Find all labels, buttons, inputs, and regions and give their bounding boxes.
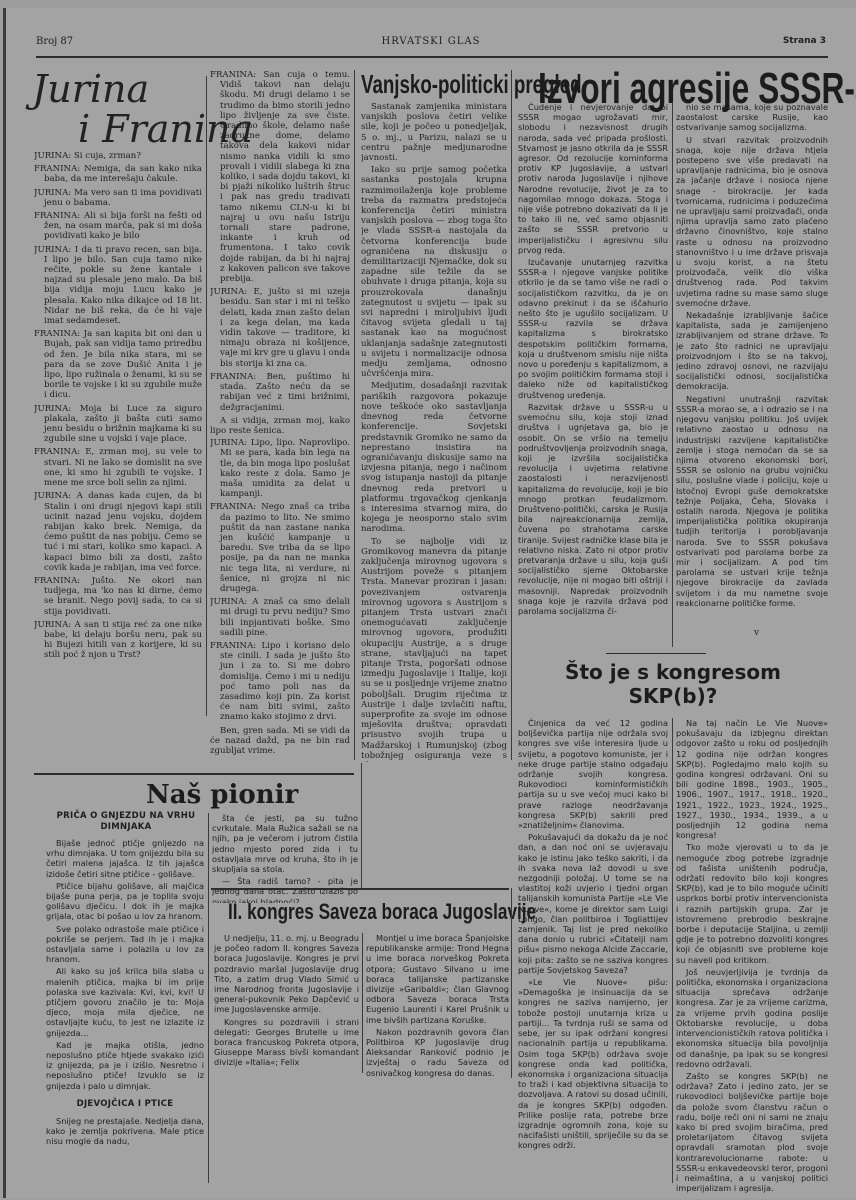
kongres-column-2: Montjel u ime boraca Španjolske republik… bbox=[366, 933, 509, 1133]
speaker-name: JURINA: bbox=[210, 597, 252, 607]
paragraph: Negativni unutrašnji razvitak SSSR-a mor… bbox=[676, 394, 828, 608]
author-sign: v bbox=[754, 628, 759, 638]
dialogue-line: JURINA: Si cuja, zrman? bbox=[34, 151, 202, 161]
dialogue-line: FRANINA: Ali si bija forši na fešti od ž… bbox=[34, 211, 202, 242]
speaker-name: JURINA: bbox=[34, 245, 75, 255]
paragraph: Snijeg ne prestajaše. Nedjelja dana, kak… bbox=[46, 1116, 204, 1147]
dialogue-line: JURINA: A danas kada cujen, da bi Stalin… bbox=[34, 491, 202, 573]
paragraph: nio se masama, koje su poznavale zaostal… bbox=[676, 102, 828, 133]
paragraph: šta će jesti, pa su tužno cvrkutale. Mal… bbox=[212, 813, 358, 874]
column-divider bbox=[361, 763, 362, 888]
newspaper-name: HRVATSKI GLAS bbox=[36, 36, 826, 47]
speaker-name: JURINA: bbox=[210, 287, 254, 297]
dialogue-text: I da ti pravo recen, san bija. I lipo je… bbox=[44, 245, 202, 326]
jurina-title-line1: Jurina bbox=[32, 68, 149, 110]
paragraph: Sve polako odrastoše male ptičice i pokr… bbox=[46, 924, 204, 965]
speaker-name: FRANINA: bbox=[34, 211, 84, 221]
dialogue-line: FRANINA: E, zrman moj, su vele to stvari… bbox=[34, 447, 202, 488]
paragraph: Nekadašnje izrabljivanje šačice kapitali… bbox=[676, 310, 828, 392]
paragraph: Izučavanje unutarnjeg razvitka SSSR-a i … bbox=[518, 257, 668, 400]
dialogue-text: Ja san kapita bit oni dan u Bujah, pak s… bbox=[44, 329, 202, 400]
jurina-dialogue-column-1: JURINA: Si cuja, zrman?FRANINA: Nemiga, … bbox=[34, 151, 202, 771]
column-divider bbox=[672, 718, 673, 1183]
kongres-column-1: U nedjelju, 11. o. mj. u Beogradu je poč… bbox=[214, 933, 359, 1133]
column-divider bbox=[511, 70, 512, 760]
page-number: Strana 3 bbox=[783, 36, 826, 46]
speaker-name: JURINA: bbox=[34, 151, 74, 161]
dialogue-line: JURINA: A san ti stija reć za one nike b… bbox=[34, 620, 202, 661]
pionir-title: Naš pionir bbox=[146, 780, 298, 810]
dialogue-line: JURINA: Ma vero san ti ima povidivati je… bbox=[34, 188, 202, 208]
speaker-name: FRANINA: bbox=[210, 502, 261, 512]
paragraph: »Le Vie Nuove« pišu: »Demagoška je insin… bbox=[518, 977, 668, 1150]
pionir-column-1: Bijaše jednoć ptičje gnijezdo na vrhu di… bbox=[46, 838, 204, 1158]
jurina-dialogue-column-2: FRANINA: San cuja o temu. Vidiš takovi n… bbox=[210, 70, 350, 770]
dialogue-line: JURINA: E, jušto si mi uzeja besidu. San… bbox=[210, 287, 350, 369]
izvori-column-2: nio se masama, koje su poznavale zaostal… bbox=[676, 102, 828, 647]
speaker-name: JURINA: bbox=[34, 404, 80, 414]
dialogue-text: Ben, gren sada. Mi se vidi da će nazad d… bbox=[210, 726, 350, 756]
speaker-name: JURINA: bbox=[34, 188, 74, 198]
dialogue-line: JURINA: I da ti pravo recen, san bija. I… bbox=[34, 245, 202, 327]
column-divider bbox=[511, 888, 512, 1078]
column-divider bbox=[206, 76, 207, 716]
story2-title: DJEVOJČICA I PTICE bbox=[46, 1099, 204, 1110]
column-divider bbox=[208, 813, 209, 1183]
story1-title: PRIČA O GNJEZDU NA VRHU DIMNJAKA bbox=[46, 811, 206, 833]
speaker-name: FRANINA: bbox=[210, 641, 261, 651]
speaker-name: JURINA: bbox=[34, 491, 77, 501]
dialogue-text: A danas kada cujen, da bi Stalin i oni d… bbox=[44, 491, 202, 572]
skp-title-line1: Što je s kongresom bbox=[518, 660, 828, 684]
dialogue-text: San cuja o temu. Vidiš takovi nan delaju… bbox=[220, 70, 350, 284]
paragraph: Ali kako su još krilca bila slaba u male… bbox=[46, 966, 204, 1037]
paragraph: Medjutim, dosadašnji razvitak pariških r… bbox=[361, 381, 507, 534]
dialogue-text: E, jušto si mi uzeja besidu. San star i … bbox=[220, 287, 350, 368]
dialogue-line: A si vidija, zrman moj, kako lipo reste … bbox=[210, 416, 350, 436]
speaker-name: FRANINA: bbox=[210, 70, 263, 80]
speaker-name: FRANINA: bbox=[34, 329, 84, 339]
paragraph: Tko može vjerovati u to da je nemoguće z… bbox=[676, 842, 828, 964]
paragraph: Razvitak države u SSSR-u u svemoćnu silu… bbox=[518, 402, 668, 616]
dialogue-line: FRANINA: Ja san kapita bit oni dan u Buj… bbox=[34, 329, 202, 400]
dialogue-line: Ben, gren sada. Mi se vidi da će nazad d… bbox=[210, 726, 350, 757]
dialogue-line: JURINA: Lipo, lipo. Naprovlipo. Mi se pa… bbox=[210, 438, 350, 499]
dialogue-line: FRANINA: Ben, puštimo hi stada. Zašto ne… bbox=[210, 372, 350, 413]
paragraph: Čudenje i nevjerovanje da bi SSSR mogao … bbox=[518, 102, 668, 255]
paragraph: Bijaše jednoć ptičje gnijezdo na vrhu di… bbox=[46, 838, 204, 879]
newspaper-page: Broj 87 HRVATSKI GLAS Strana 3 Jurina i … bbox=[3, 8, 856, 1198]
column-divider bbox=[672, 102, 673, 647]
speaker-name: FRANINA: bbox=[34, 576, 92, 586]
dialogue-line: JURINA: Moja bi Luce za siguro plakala, … bbox=[34, 404, 202, 445]
dialogue-line: FRANINA: San cuja o temu. Vidiš takovi n… bbox=[210, 70, 350, 284]
skp-column-1: Činjenica da već 12 godina boljševička p… bbox=[518, 718, 668, 1196]
dialogue-line: FRANINA: Nemiga, da san kako nika baba, … bbox=[34, 164, 202, 184]
section-rule bbox=[606, 653, 706, 654]
dialogue-line: FRANINA: Nego znaš ca triba da pazimo to… bbox=[210, 502, 350, 594]
paragraph: U nedjelju, 11. o. mj. u Beogradu je poč… bbox=[214, 933, 359, 1015]
paragraph: To se najbolje vidi iz Gromikovog manevr… bbox=[361, 537, 507, 762]
dialogue-text: Lipo i korisno delo ste cinili. I sada j… bbox=[220, 641, 350, 722]
kongres-title: II. kongres Saveza boraca Jugoslavije bbox=[228, 900, 536, 924]
paragraph: Ptičice bijahu golišave, ali majčica bij… bbox=[46, 881, 204, 922]
dialogue-text: Nego znaš ca triba da pazimo to lito. Ne… bbox=[220, 502, 350, 594]
paragraph: Kongres su pozdravili i strani delegati:… bbox=[214, 1017, 359, 1068]
paragraph: Iako su prije samog početka sastanka pos… bbox=[361, 165, 507, 379]
dialogue-line: FRANINA: Lipo i korisno delo ste cinili.… bbox=[210, 641, 350, 723]
paragraph: Kad je majka otišla, jedno neposlušno pt… bbox=[46, 1040, 204, 1091]
paragraph: Na taj način Le Vie Nuove» pokušavaju da… bbox=[676, 718, 828, 840]
paragraph: Činjenica da već 12 godina boljševička p… bbox=[518, 718, 668, 830]
speaker-name: JURINA: bbox=[210, 438, 251, 448]
skp-column-2: Na taj način Le Vie Nuove» pokušavaju da… bbox=[676, 718, 828, 1196]
dialogue-line: JURINA: A znaš ca smo delali mi drugi tu… bbox=[210, 597, 350, 638]
paragraph: Pokušavajući da dokažu da je noć dan, a … bbox=[518, 832, 668, 975]
masthead-rule bbox=[36, 56, 828, 58]
speaker-name: JURINA: bbox=[34, 620, 75, 630]
speaker-name: FRANINA: bbox=[34, 164, 84, 174]
vanjsko-article: Sastanak zamjenika ministara vanjskih po… bbox=[361, 102, 507, 762]
paragraph: U stvari razvitak proizvodnih snaga, koj… bbox=[676, 135, 828, 308]
paragraph: Još neuvjerljivija je tvrdnja da politič… bbox=[676, 967, 828, 1069]
speaker-name: FRANINA: bbox=[210, 372, 266, 382]
dialogue-text: A si vidija, zrman moj, kako lipo reste … bbox=[210, 416, 350, 436]
paragraph: Montjel u ime boraca Španjolske republik… bbox=[366, 933, 509, 1025]
column-divider bbox=[362, 933, 363, 1073]
section-rule bbox=[34, 773, 354, 775]
section-rule bbox=[211, 888, 509, 890]
column-divider bbox=[354, 70, 355, 760]
izvori-column-1: Čudenje i nevjerovanje da bi SSSR mogao … bbox=[518, 102, 668, 647]
speaker-name: FRANINA: bbox=[34, 447, 85, 457]
paragraph: Sastanak zamjenika ministara vanjskih po… bbox=[361, 102, 507, 163]
skp-title-line2: SKP(b)? bbox=[518, 684, 828, 708]
paragraph: Nakon pozdravnih govora član Politbiroa … bbox=[366, 1027, 509, 1078]
dialogue-line: FRANINA: Jušto. Ne okori nan tudjega, ma… bbox=[34, 576, 202, 617]
masthead: Broj 87 HRVATSKI GLAS Strana 3 bbox=[36, 36, 826, 52]
paragraph: Zašto se kongres SKP(b) ne održava? Zato… bbox=[676, 1071, 828, 1193]
dialogue-text: Si cuja, zrman? bbox=[74, 151, 141, 161]
